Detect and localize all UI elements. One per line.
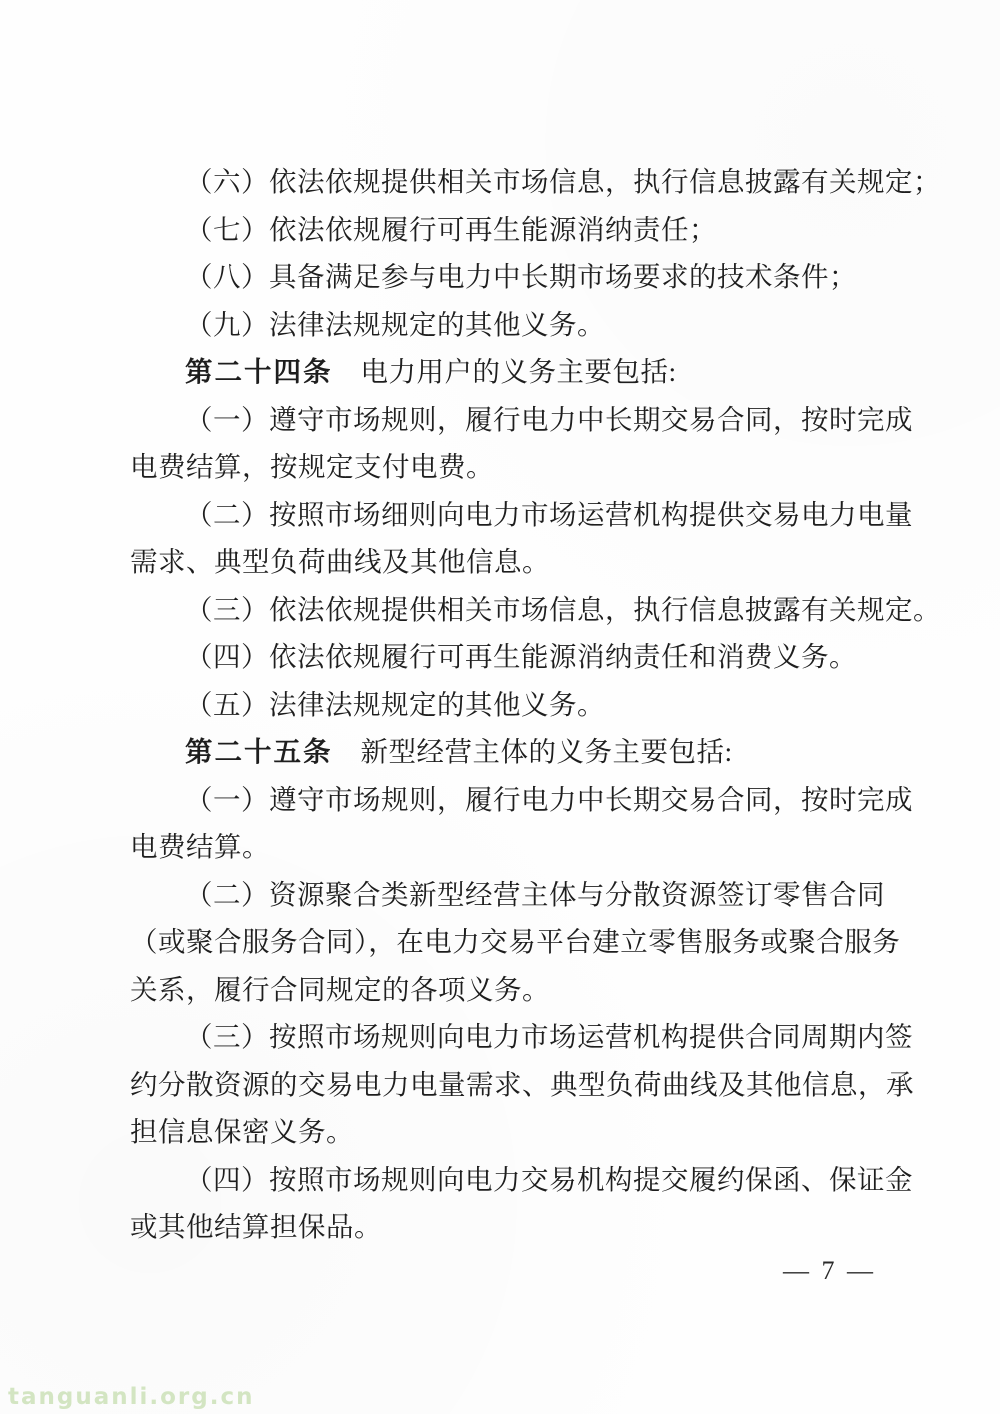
page-number: — 7 — [783, 1256, 876, 1286]
text-line: 或其他结算担保品。 [130, 1203, 930, 1251]
text-line: （一）遵守市场规则，履行电力中长期交易合同，按时完成 [130, 396, 930, 444]
article-number: 第二十五条 [185, 736, 333, 767]
article-heading-line: 第二十四条 电力用户的义务主要包括: [130, 348, 930, 396]
text-line: （四）依法依规履行可再生能源消纳责任和消费义务。 [130, 633, 930, 681]
text-line: 担信息保密义务。 [130, 1108, 930, 1156]
text-line: 电费结算，按规定支付电费。 [130, 443, 930, 491]
text-line: （二）按照市场细则向电力市场运营机构提供交易电力电量 [130, 491, 930, 539]
article-number: 第二十四条 [185, 356, 333, 387]
text-line: （三）按照市场规则向电力市场运营机构提供合同周期内签 [130, 1013, 930, 1061]
text-line: （三）依法依规提供相关市场信息，执行信息披露有关规定。 [130, 586, 930, 634]
text-line: 需求、典型负荷曲线及其他信息。 [130, 538, 930, 586]
text-line: 电费结算。 [130, 823, 930, 871]
text-line: （二）资源聚合类新型经营主体与分散资源签订零售合同 [130, 871, 930, 919]
text-line: （七）依法依规履行可再生能源消纳责任； [130, 206, 930, 254]
article-heading-line: 第二十五条 新型经营主体的义务主要包括: [130, 728, 930, 776]
text-line: （四）按照市场规则向电力交易机构提交履约保函、保证金 [130, 1156, 930, 1204]
article-heading-text: 电力用户的义务主要包括: [333, 356, 677, 387]
document-body: （六）依法依规提供相关市场信息，执行信息披露有关规定；（七）依法依规履行可再生能… [130, 158, 930, 1251]
text-line: （八）具备满足参与电力中长期市场要求的技术条件； [130, 253, 930, 301]
text-line: 约分散资源的交易电力电量需求、典型负荷曲线及其他信息，承 [130, 1061, 930, 1109]
text-line: 关系，履行合同规定的各项义务。 [130, 966, 930, 1014]
text-line: （一）遵守市场规则，履行电力中长期交易合同，按时完成 [130, 776, 930, 824]
document-page: （六）依法依规提供相关市场信息，执行信息披露有关规定；（七）依法依规履行可再生能… [0, 0, 1000, 1414]
text-line: （五）法律法规规定的其他义务。 [130, 681, 930, 729]
text-line: （或聚合服务合同），在电力交易平台建立零售服务或聚合服务 [130, 918, 930, 966]
text-line: （六）依法依规提供相关市场信息，执行信息披露有关规定； [130, 158, 930, 206]
article-heading-text: 新型经营主体的义务主要包括: [333, 736, 733, 767]
text-line: （九）法律法规规定的其他义务。 [130, 301, 930, 349]
watermark-text: tanguanli.org.cn [8, 1384, 254, 1410]
